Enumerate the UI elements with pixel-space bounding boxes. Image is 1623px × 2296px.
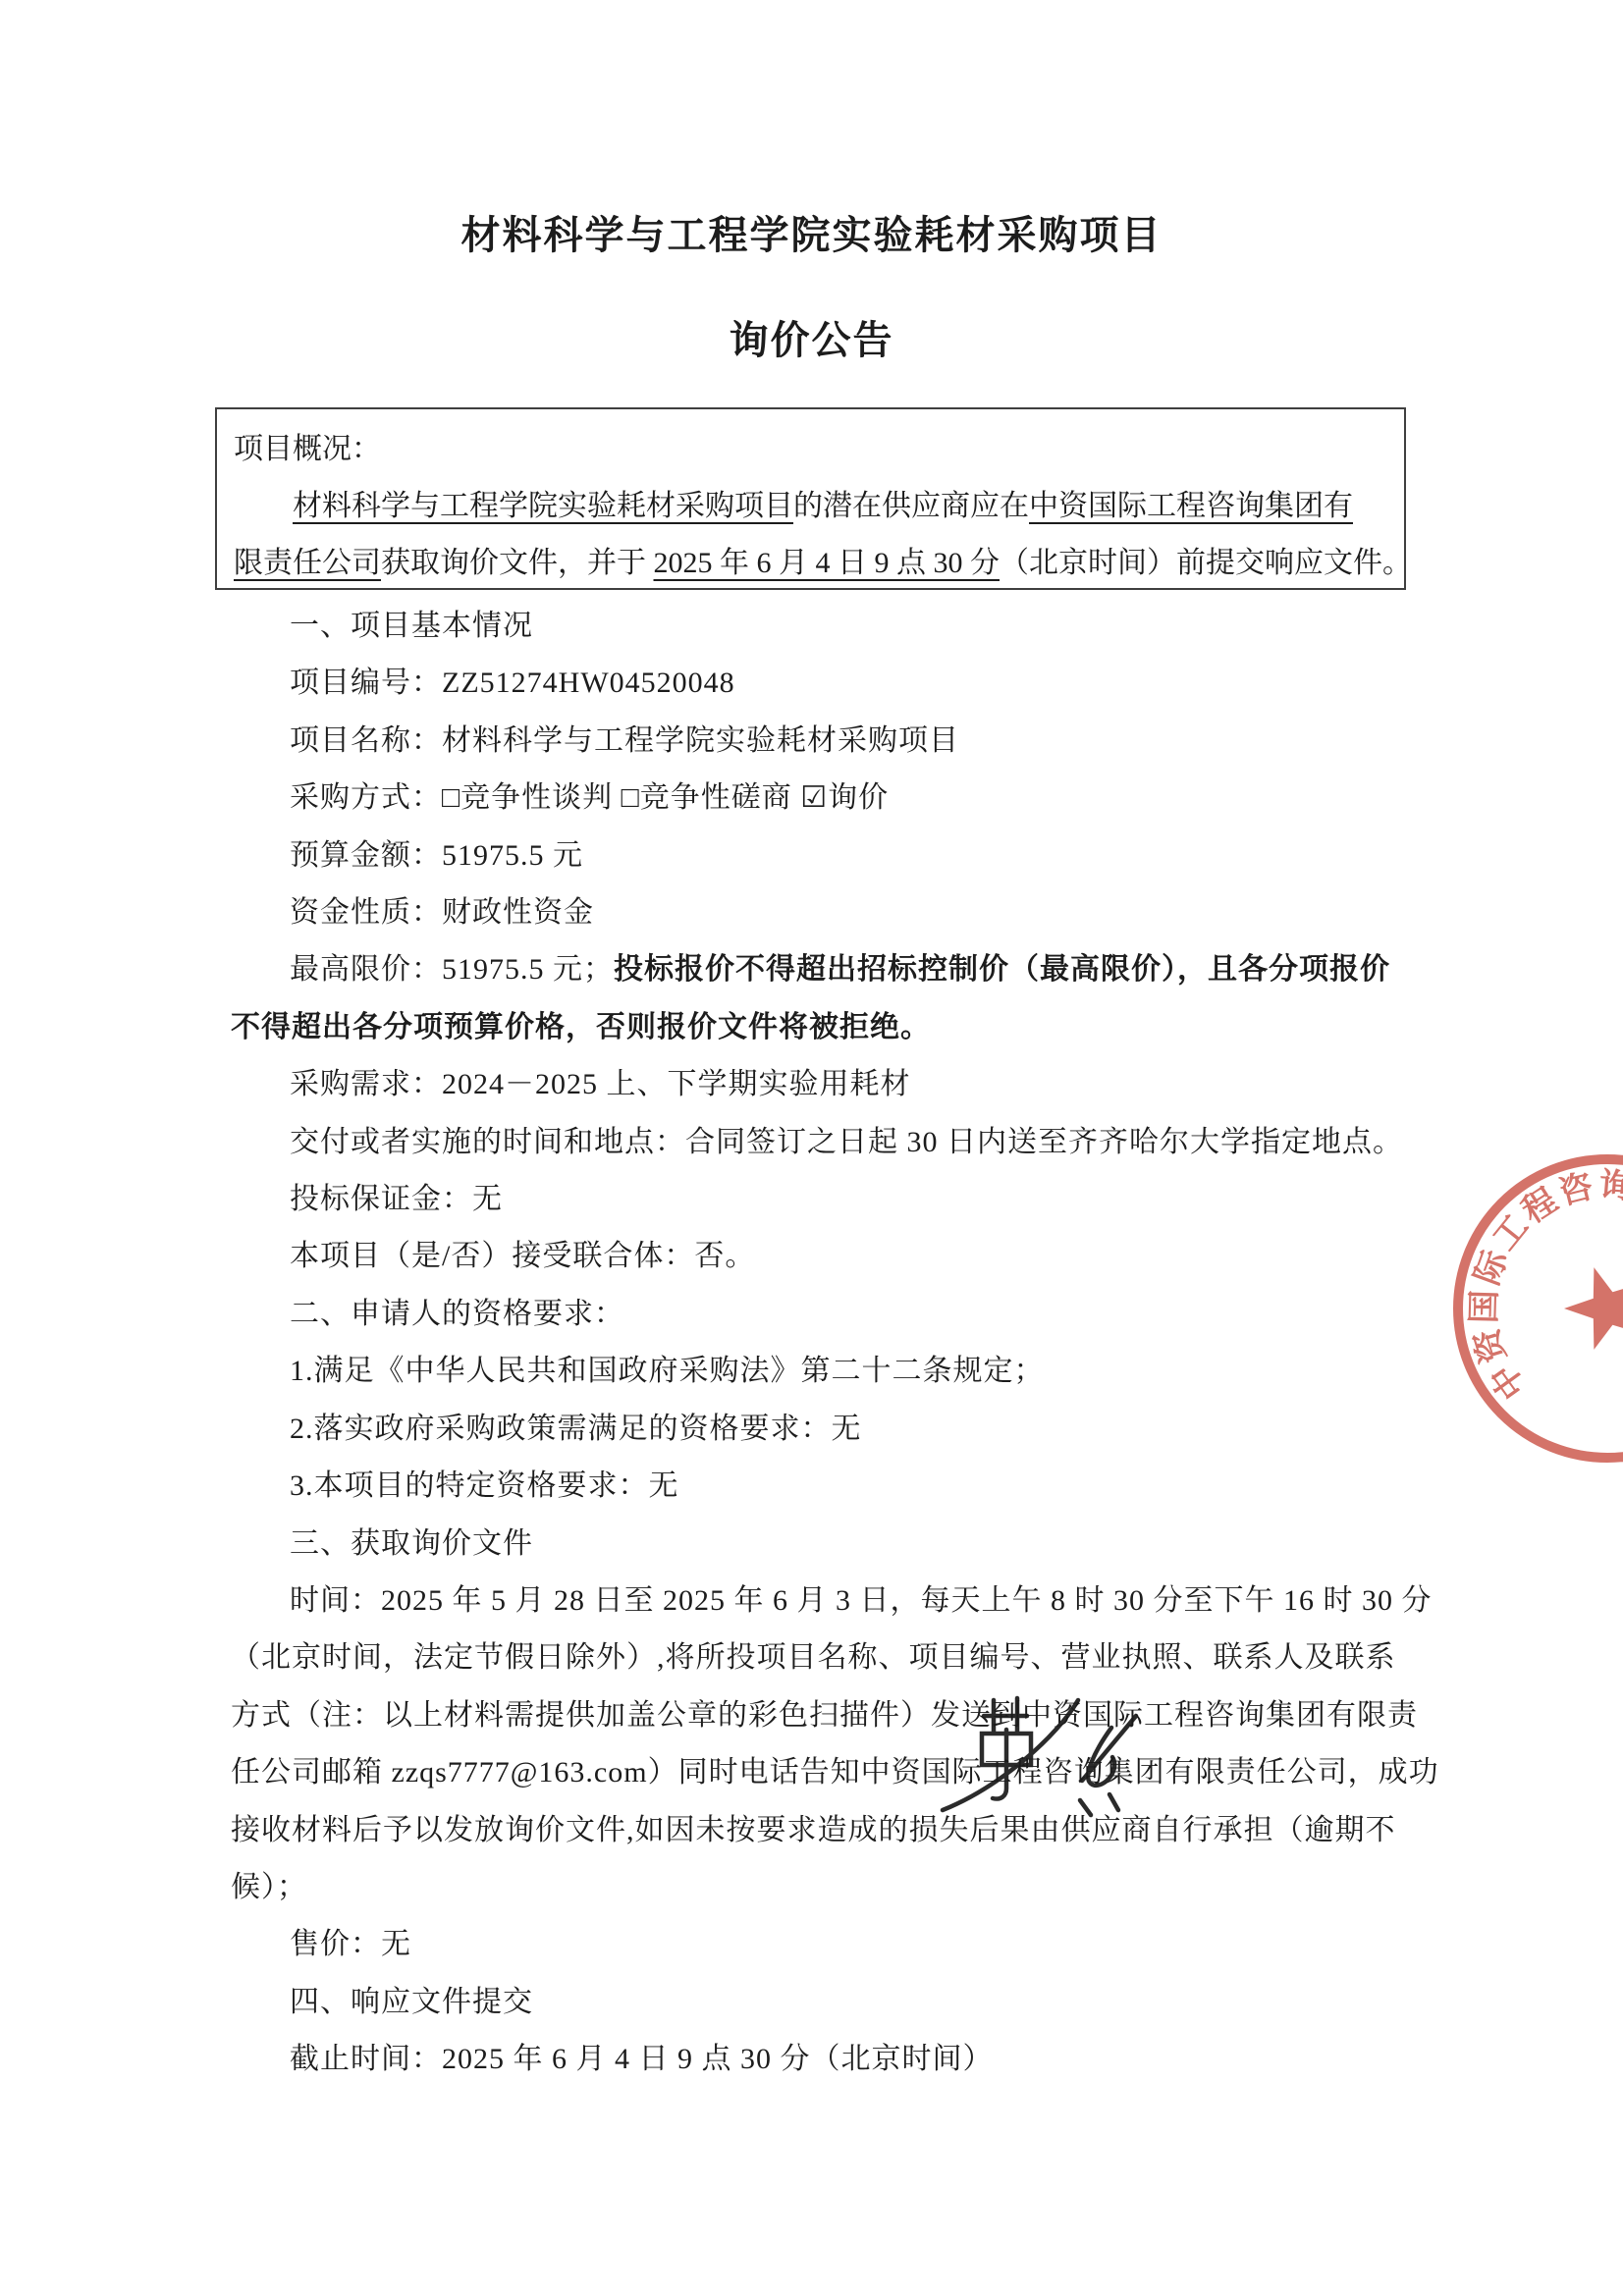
body-line: 预算金额：51975.5 元 bbox=[231, 828, 1476, 884]
body-line: 候）； bbox=[231, 1859, 1476, 1916]
text-segment: 2025 年 6 月 4 日 9 点 30 分 bbox=[654, 547, 1001, 579]
text-segment: 交付或者实施的时间和地点：合同签订之日起 30 日内送至齐齐哈尔大学指定地点。 bbox=[290, 1126, 1403, 1158]
text-segment: 材料科学与工程学院实验耗材采购项目 bbox=[293, 490, 793, 522]
body-line: 采购方式：□竞争性谈判 □竞争性磋商 ☑询价 bbox=[231, 770, 1476, 827]
body-line: 时间：2025 年 5 月 28 日至 2025 年 6 月 3 日，每天上午 … bbox=[231, 1573, 1476, 1629]
text-segment: 3.本项目的特定资格要求：无 bbox=[290, 1469, 679, 1502]
text-segment: 三、获取询价文件 bbox=[290, 1527, 533, 1560]
text-segment: 2.落实政府采购政策需满足的资格要求：无 bbox=[290, 1413, 862, 1445]
seal-arc-text: 中资国际工程咨询 bbox=[1466, 1166, 1623, 1406]
text-segment: 方式（注：以上材料需提供加盖公章的彩色扫描件）发送到中资国际工程咨询集团有限责 bbox=[231, 1699, 1418, 1732]
text-segment: 一、项目基本情况 bbox=[290, 610, 533, 642]
text-segment: 候）； bbox=[231, 1871, 307, 1903]
text-segment: 接收材料后予以发放询价文件,如因未按要求造成的损失后果由供应商自行承担（逾期不 bbox=[231, 1814, 1396, 1846]
document-subtitle: 询价公告 bbox=[0, 319, 1623, 362]
overview-line: 材料科学与工程学院实验耗材采购项目的潜在供应商应在中资国际工程咨询集团有 bbox=[234, 478, 1390, 535]
overview-lines: 材料科学与工程学院实验耗材采购项目的潜在供应商应在中资国际工程咨询集团有限责任公… bbox=[234, 478, 1390, 592]
text-segment: 预算金额：51975.5 元 bbox=[290, 839, 583, 872]
body-lines: 一、项目基本情况项目编号：ZZ51274HW04520048项目名称：材料科学与… bbox=[231, 598, 1476, 2089]
text-segment: 本项目（是/否）接受联合体：否。 bbox=[290, 1240, 755, 1272]
text-segment: 获取询价文件，并于 bbox=[381, 547, 654, 579]
overview-line: 限责任公司获取询价文件，并于 2025 年 6 月 4 日 9 点 30 分（北… bbox=[234, 535, 1390, 592]
seal-star-icon bbox=[1564, 1267, 1623, 1350]
text-segment: 四、响应文件提交 bbox=[290, 1986, 533, 2018]
text-segment: 售价：无 bbox=[290, 1928, 411, 1960]
document-page: 材料科学与工程学院实验耗材采购项目 询价公告 项目概况： 材料科学与工程学院实验… bbox=[0, 0, 1623, 2296]
body-line: 投标保证金：无 bbox=[231, 1171, 1476, 1228]
body-line: 二、申请人的资格要求： bbox=[231, 1286, 1476, 1343]
seal-ring bbox=[1458, 1159, 1623, 1458]
body-line: 项目编号：ZZ51274HW04520048 bbox=[231, 655, 1476, 712]
body-line: 本项目（是/否）接受联合体：否。 bbox=[231, 1228, 1476, 1285]
text-segment: 中资国际工程咨询集团有 bbox=[1029, 490, 1353, 522]
text-segment: 最高限价：51975.5 元； bbox=[290, 953, 614, 986]
body-line: 2.落实政府采购政策需满足的资格要求：无 bbox=[231, 1401, 1476, 1458]
body-line: 四、响应文件提交 bbox=[231, 1974, 1476, 2031]
text-segment: 投标报价不得超出招标控制价（最高限价），且各分项报价 bbox=[614, 953, 1390, 986]
text-segment: 的潜在供应商应在 bbox=[793, 490, 1029, 522]
body-line: 售价：无 bbox=[231, 1916, 1476, 1973]
project-overview-box: 项目概况： 材料科学与工程学院实验耗材采购项目的潜在供应商应在中资国际工程咨询集… bbox=[215, 407, 1406, 590]
body-line: 交付或者实施的时间和地点：合同签订之日起 30 日内送至齐齐哈尔大学指定地点。 bbox=[231, 1114, 1476, 1171]
text-segment: 二、申请人的资格要求： bbox=[290, 1298, 624, 1330]
text-segment: 采购需求：2024－2025 上、下学期实验用耗材 bbox=[290, 1068, 911, 1100]
text-segment: 1.满足《中华人民共和国政府采购法》第二十二条规定； bbox=[290, 1355, 1045, 1387]
text-segment: （北京时间）前提交响应文件。 bbox=[1000, 547, 1412, 579]
body-line: 方式（注：以上材料需提供加盖公章的彩色扫描件）发送到中资国际工程咨询集团有限责 bbox=[231, 1687, 1476, 1744]
overview-label: 项目概况： bbox=[234, 421, 1390, 478]
text-segment: 项目编号：ZZ51274HW04520048 bbox=[290, 667, 735, 699]
body-line: 项目名称：材料科学与工程学院实验耗材采购项目 bbox=[231, 713, 1476, 770]
text-segment: 投标保证金：无 bbox=[290, 1183, 503, 1215]
text-segment: 资金性质：财政性资金 bbox=[290, 896, 594, 929]
body-line: 3.本项目的特定资格要求：无 bbox=[231, 1458, 1476, 1515]
svg-text:中资国际工程咨询: 中资国际工程咨询 bbox=[1466, 1166, 1623, 1406]
text-segment: 采购方式：□竞争性谈判 □竞争性磋商 ☑询价 bbox=[290, 781, 889, 814]
body-line: 1.满足《中华人民共和国政府采购法》第二十二条规定； bbox=[231, 1343, 1476, 1400]
body-line: 最高限价：51975.5 元；投标报价不得超出招标控制价（最高限价），且各分项报… bbox=[231, 941, 1476, 998]
body-line: 接收材料后予以发放询价文件,如因未按要求造成的损失后果由供应商自行承担（逾期不 bbox=[231, 1802, 1476, 1859]
text-segment: 时间：2025 年 5 月 28 日至 2025 年 6 月 3 日，每天上午 … bbox=[290, 1584, 1433, 1617]
text-segment: 项目名称：材料科学与工程学院实验耗材采购项目 bbox=[290, 724, 959, 757]
body-line: 不得超出各分项预算价格，否则报价文件将被拒绝。 bbox=[231, 999, 1476, 1056]
text-segment: 限责任公司 bbox=[234, 547, 381, 579]
body-line: 采购需求：2024－2025 上、下学期实验用耗材 bbox=[231, 1056, 1476, 1113]
text-segment: 任公司邮箱 zzqs7777@163.com）同时电话告知中资国际工程咨询集团有… bbox=[231, 1756, 1439, 1789]
document-title: 材料科学与工程学院实验耗材采购项目 bbox=[0, 214, 1623, 257]
body-line: 任公司邮箱 zzqs7777@163.com）同时电话告知中资国际工程咨询集团有… bbox=[231, 1744, 1476, 1801]
body-line: 一、项目基本情况 bbox=[231, 598, 1476, 655]
text-segment: 不得超出各分项预算价格，否则报价文件将被拒绝。 bbox=[231, 1011, 931, 1043]
body-line: 截止时间：2025 年 6 月 4 日 9 点 30 分（北京时间） bbox=[231, 2031, 1476, 2088]
body-line: （北京时间，法定节假日除外）,将所投项目名称、项目编号、营业执照、联系人及联系 bbox=[231, 1629, 1476, 1686]
text-segment: 截止时间：2025 年 6 月 4 日 9 点 30 分（北京时间） bbox=[290, 2043, 994, 2075]
body-line: 资金性质：财政性资金 bbox=[231, 884, 1476, 941]
text-segment: （北京时间，法定节假日除外）,将所投项目名称、项目编号、营业执照、联系人及联系 bbox=[231, 1641, 1396, 1674]
body-line: 三、获取询价文件 bbox=[231, 1516, 1476, 1573]
